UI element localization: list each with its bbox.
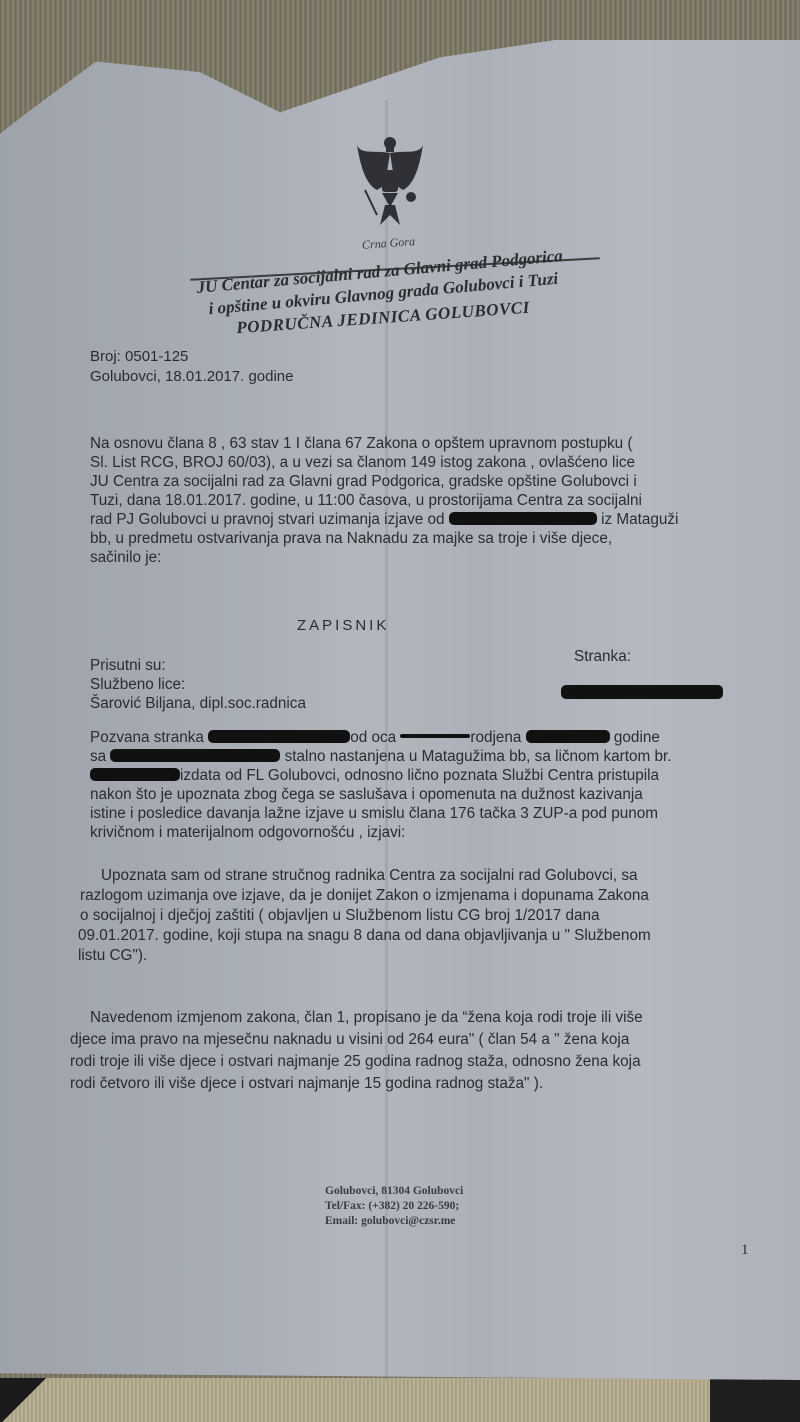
statement-text: izdata od FL Golubovci, odnosno lično po… [180, 767, 659, 784]
redacted-name [208, 730, 350, 743]
redacted-card-number [90, 768, 180, 781]
redacted-name [449, 512, 597, 525]
intro-line: Tuzi, dana 18.01.2017. godine, u 11:00 č… [90, 491, 642, 510]
statement-text: rodjena [470, 729, 521, 746]
intro-line: Na osnovu člana 8 , 63 stav 1 I člana 67… [90, 434, 633, 453]
intro-line: Sl. List RCG, BROJ 60/03), a u vezi sa č… [90, 453, 635, 472]
intro-line: JU Centra za socijalni rad za Glavni gra… [90, 472, 637, 491]
present-label: Prisutni su: [90, 656, 166, 675]
official-label: Službeno lice: [90, 675, 185, 694]
statement-line: rodi četvoro ili više djece i ostvari na… [70, 1074, 543, 1093]
statement-line: rodi troje ili više djece i ostvari najm… [70, 1052, 641, 1071]
footer-email: Email: golubovci@czsr.me [325, 1215, 455, 1227]
place-date: Golubovci, 18.01.2017. godine [90, 368, 294, 385]
redacted-father-name [400, 734, 470, 738]
intro-line: sačinilo je: [90, 548, 161, 567]
footer-phone: Tel/Fax: (+382) 20 226-590; [325, 1200, 459, 1212]
statement-line: o socijalnoj i dječjoj zaštiti ( objavlj… [80, 906, 600, 925]
statement-text: stalno nastanjena u Mataguž­ima bb, sa l… [285, 748, 672, 765]
background-object-right [710, 1378, 800, 1422]
statement-line: nakon što je upoznata zbog čega se saslu… [90, 785, 643, 804]
statement-line: djece ima pravo na mjesečnu naknadu u vi… [70, 1030, 629, 1049]
background-object-left [0, 1378, 70, 1422]
statement-line: istine i posledice davanja lažne izjave … [90, 804, 658, 823]
intro-text: iz Mataguži [601, 511, 678, 528]
redacted-id [110, 749, 280, 762]
statement-line: izdata od FL Golubovci, odnosno lično po… [90, 766, 659, 785]
statement-line: Pozvana stranka od oca rodjena godine [90, 728, 660, 747]
document-number: Broj: 0501-125 [90, 348, 188, 365]
statement-text: godine [614, 729, 660, 746]
intro-line: bb, u predmetu ostvarivanja prava na Nak… [90, 529, 612, 548]
statement-line: razlogom uzimanja ove izjave, da je doni… [80, 886, 649, 905]
redacted-birthdate [526, 730, 610, 743]
statement-text: od oca [350, 729, 396, 746]
statement-line: listu CG"). [78, 946, 147, 965]
page-number: 1 [741, 1242, 749, 1259]
intro-line: rad PJ Golubovci u pravnoj stvari uziman… [90, 510, 678, 529]
background-surface [0, 1378, 800, 1422]
statement-line: sa stalno nastanjena u Mataguž­ima bb, s… [90, 747, 672, 766]
statement-text: sa [90, 748, 106, 765]
party-label: Stranka: [574, 647, 631, 666]
statement-line: 09.01.2017. godine, koji stupa na snagu … [78, 926, 651, 945]
coat-of-arms-icon [355, 135, 425, 230]
statement-line: krivičnom i materijalnom odgovornošću , … [90, 823, 405, 842]
statement-text: Pozvana stranka [90, 729, 204, 746]
email-label: Email: [325, 1215, 361, 1227]
document-title: ZAPISNIK [297, 617, 389, 634]
redacted-party-name [561, 685, 723, 699]
statement-line: Navedenom izmjenom zakona, član 1, propi… [90, 1008, 643, 1027]
footer-address: Golubovci, 81304 Golubovci [325, 1185, 463, 1197]
official-name: Šarović Biljana, dipl.soc.radnica [90, 694, 306, 713]
email-link[interactable]: golubovci@czsr.me [361, 1215, 455, 1227]
intro-text: rad PJ Golubovci u pravnoj stvari uziman… [90, 511, 445, 528]
statement-line: Upoznata sam od strane stručnog radnika … [101, 866, 638, 885]
